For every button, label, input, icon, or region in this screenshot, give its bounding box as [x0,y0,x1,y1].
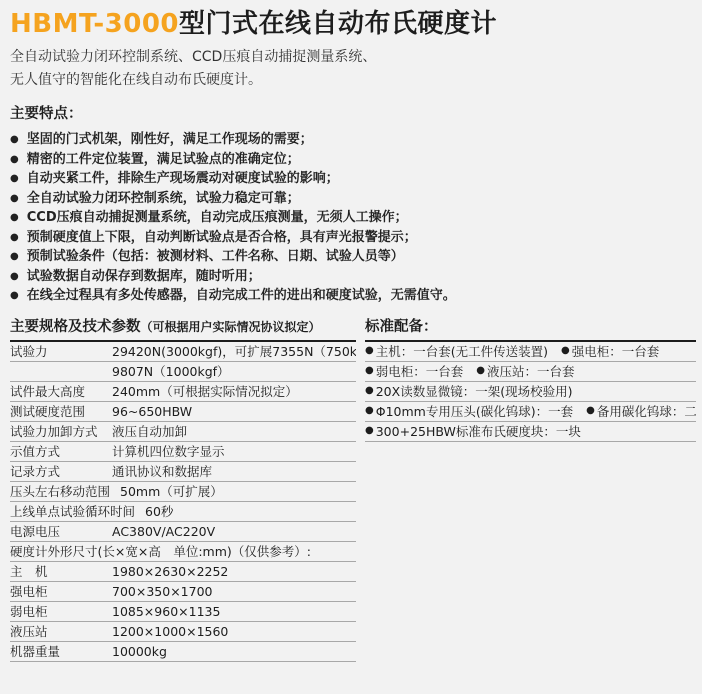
bullet-icon: ● [365,341,374,361]
equipment-item: ●弱电柜：一台套 [365,361,463,381]
spec-label: 液压站 [10,622,102,640]
equipment-item-text: Φ10mm专用压头(碳化钨球)：一套 [376,402,573,420]
spec-label: 弱电柜 [10,602,102,620]
equipment-row: ●20X读数显微镜：一架(现场校验用) [365,382,696,402]
bullet-icon: ● [10,189,19,209]
spec-label: 强电柜 [10,582,102,600]
bullet-icon: ● [10,228,19,248]
equipment-item-text: 备用碳化钨球：二个 [597,402,696,420]
feature-text: 精密的工件定位装置，满足试验点的准确定位； [27,150,300,170]
spec-label: 压头左右移动范围 [10,482,110,500]
spec-label: 电源电压 [10,522,102,540]
feature-text: 自动夹紧工件，排除生产现场震动对硬度试验的影响； [27,169,339,189]
equipment-item-text: 液压站：一台套 [487,362,575,380]
spec-value: 1085×960×1135 [112,604,220,619]
feature-item: ●预制试验条件（包括：被测材料、工件名称、日期、试验人员等） [10,247,696,267]
spec-row: 试验力29420N(3000kgf)，可扩展7355N（750kgf）、 [10,342,356,362]
feature-item: ●自动夹紧工件，排除生产现场震动对硬度试验的影响； [10,169,696,189]
bullet-icon: ● [10,208,19,228]
equipment-item: ●强电柜：一台套 [561,341,659,361]
spec-label: 硬度计外形尺寸(长×宽×高 单位:mm)（仅供参考）: [10,542,311,560]
specs-heading-note: （可根据用户实际情况协议拟定） [141,320,321,334]
equipment-heading: 标准配备： [365,315,696,342]
equipment-item: ●备用碳化钨球：二个 [586,401,696,421]
bullet-icon: ● [365,421,374,441]
equipment-item-text: 主机：一台套(无工件传送装置) [376,342,548,360]
spec-row: 测试硬度范围96~650HBW [10,402,356,422]
bullet-icon: ● [365,401,374,421]
spec-value: 1980×2630×2252 [112,564,228,579]
spec-row: 机器重量10000kg [10,642,356,662]
equipment-item: ●Φ10mm专用压头(碳化钨球)：一套 [365,401,573,421]
spec-value: 700×350×1700 [112,584,212,599]
spec-row: 9807N（1000kgf） [10,362,356,382]
spec-label: 试件最大高度 [10,382,102,400]
page-title: HBMT-3000型门式在线自动布氏硬度计 [10,9,696,39]
columns: 主要规格及技术参数（可根据用户实际情况协议拟定） 试验力29420N(3000k… [10,315,696,662]
feature-text: CCD压痕自动捕捉测量系统，自动完成压痕测量，无须人工操作； [27,208,408,228]
spec-row: 试件最大高度240mm（可根据实际情况拟定） [10,382,356,402]
equipment-item-text: 20X读数显微镜：一架(现场校验用) [376,382,573,400]
spec-value: 60秒 [145,502,173,520]
equipment-item-text: 300+25HBW标准布氏硬度块：一块 [376,422,581,440]
spec-row: 上线单点试验循环时间60秒 [10,502,356,522]
bullet-icon: ● [365,381,374,401]
spec-row: 强电柜700×350×1700 [10,582,356,602]
feature-text: 全自动试验力闭环控制系统，试验力稳定可靠； [27,189,300,209]
spec-label: 测试硬度范围 [10,402,102,420]
feature-item: ●预制硬度值上下限，自动判断试验点是否合格，具有声光报警提示； [10,228,696,248]
spec-row: 电源电压AC380V/AC220V [10,522,356,542]
feature-text: 坚固的门式机架，刚性好，满足工作现场的需要； [27,130,313,150]
spec-row: 示值方式计算机四位数字显示 [10,442,356,462]
specs-heading-title: 主要规格及技术参数 [10,319,141,335]
bullet-icon: ● [10,150,19,170]
spec-value: AC380V/AC220V [112,524,215,539]
product-spec-page: HBMT-3000型门式在线自动布氏硬度计 全自动试验力闭环控制系统、CCD压痕… [0,0,702,694]
spec-value: 240mm（可根据实际情况拟定） [112,382,298,400]
equipment-row: ●主机：一台套(无工件传送装置)●强电柜：一台套 [365,342,696,362]
specs-heading: 主要规格及技术参数（可根据用户实际情况协议拟定） [10,315,356,342]
spec-value: 10000kg [112,644,167,659]
bullet-icon: ● [10,267,19,287]
spec-label: 上线单点试验循环时间 [10,502,135,520]
spec-row: 记录方式通讯协议和数据库 [10,462,356,482]
features-heading: 主要特点： [10,102,696,123]
spec-label: 机器重量 [10,642,102,660]
spec-value: 通讯协议和数据库 [112,462,212,480]
equipment-item-text: 强电柜：一台套 [572,342,660,360]
equipment-section: 标准配备： ●主机：一台套(无工件传送装置)●强电柜：一台套●弱电柜：一台套●液… [365,315,696,442]
spec-label: 试验力加卸方式 [10,422,102,440]
subtitle-line: 全自动试验力闭环控制系统、CCD压痕自动捕捉测量系统、 [10,46,696,69]
spec-row: 压头左右移动范围50mm（可扩展） [10,482,356,502]
spec-label: 示值方式 [10,442,102,460]
equipment-item: ●20X读数显微镜：一架(现场校验用) [365,381,572,401]
feature-item: ●精密的工件定位装置，满足试验点的准确定位； [10,150,696,170]
equipment-item-text: 弱电柜：一台套 [376,362,464,380]
bullet-icon: ● [365,361,374,381]
spec-value: 1200×1000×1560 [112,624,228,639]
spec-value: 9807N（1000kgf） [112,362,230,380]
equipment-item: ●主机：一台套(无工件传送装置) [365,341,548,361]
product-model: HBMT-3000 [10,9,179,39]
equipment-item: ●300+25HBW标准布氏硬度块：一块 [365,421,581,441]
feature-item: ●全自动试验力闭环控制系统，试验力稳定可靠； [10,189,696,209]
feature-text: 在线全过程具有多处传感器，自动完成工件的进出和硬度试验，无需值守。 [27,286,456,306]
equipment-list: ●主机：一台套(无工件传送装置)●强电柜：一台套●弱电柜：一台套●液压站：一台套… [365,342,696,442]
features-list: ●坚固的门式机架，刚性好，满足工作现场的需要；●精密的工件定位装置，满足试验点的… [10,130,696,306]
feature-item: ●坚固的门式机架，刚性好，满足工作现场的需要； [10,130,696,150]
feature-text: 预制试验条件（包括：被测材料、工件名称、日期、试验人员等） [27,247,404,267]
bullet-icon: ● [476,361,485,381]
spec-row: 主 机1980×2630×2252 [10,562,356,582]
subtitle-line: 无人值守的智能化在线自动布氏硬度计。 [10,69,696,92]
feature-item: ●试验数据自动保存到数据库，随时听用； [10,267,696,287]
bullet-icon: ● [10,286,19,306]
spec-value: 96~650HBW [112,404,192,419]
feature-item: ●CCD压痕自动捕捉测量系统，自动完成压痕测量，无须人工操作； [10,208,696,228]
bullet-icon: ● [586,401,595,421]
spec-value: 液压自动加卸 [112,422,187,440]
bullet-icon: ● [10,247,19,267]
spec-label: 记录方式 [10,462,102,480]
feature-text: 预制硬度值上下限，自动判断试验点是否合格，具有声光报警提示； [27,228,417,248]
specs-table: 试验力29420N(3000kgf)，可扩展7355N（750kgf）、9807… [10,342,356,662]
equipment-row: ●Φ10mm专用压头(碳化钨球)：一套●备用碳化钨球：二个 [365,402,696,422]
spec-value: 29420N(3000kgf)，可扩展7355N（750kgf）、 [112,342,356,360]
equipment-row: ●300+25HBW标准布氏硬度块：一块 [365,422,696,442]
spec-label: 试验力 [10,342,102,360]
bullet-icon: ● [10,130,19,150]
spec-row: 硬度计外形尺寸(长×宽×高 单位:mm)（仅供参考）: [10,542,356,562]
specs-section: 主要规格及技术参数（可根据用户实际情况协议拟定） 试验力29420N(3000k… [10,315,356,662]
feature-item: ●在线全过程具有多处传感器，自动完成工件的进出和硬度试验，无需值守。 [10,286,696,306]
equipment-item: ●液压站：一台套 [476,361,574,381]
spec-value: 计算机四位数字显示 [112,442,225,460]
spec-value: 50mm（可扩展） [120,482,223,500]
spec-row: 试验力加卸方式液压自动加卸 [10,422,356,442]
bullet-icon: ● [561,341,570,361]
page-title-text: 型门式在线自动布氏硬度计 [179,9,497,39]
spec-row: 弱电柜1085×960×1135 [10,602,356,622]
subtitle: 全自动试验力闭环控制系统、CCD压痕自动捕捉测量系统、无人值守的智能化在线自动布… [10,46,696,92]
equipment-row: ●弱电柜：一台套●液压站：一台套 [365,362,696,382]
bullet-icon: ● [10,169,19,189]
spec-label: 主 机 [10,562,102,580]
spec-row: 液压站1200×1000×1560 [10,622,356,642]
feature-text: 试验数据自动保存到数据库，随时听用； [27,267,261,287]
